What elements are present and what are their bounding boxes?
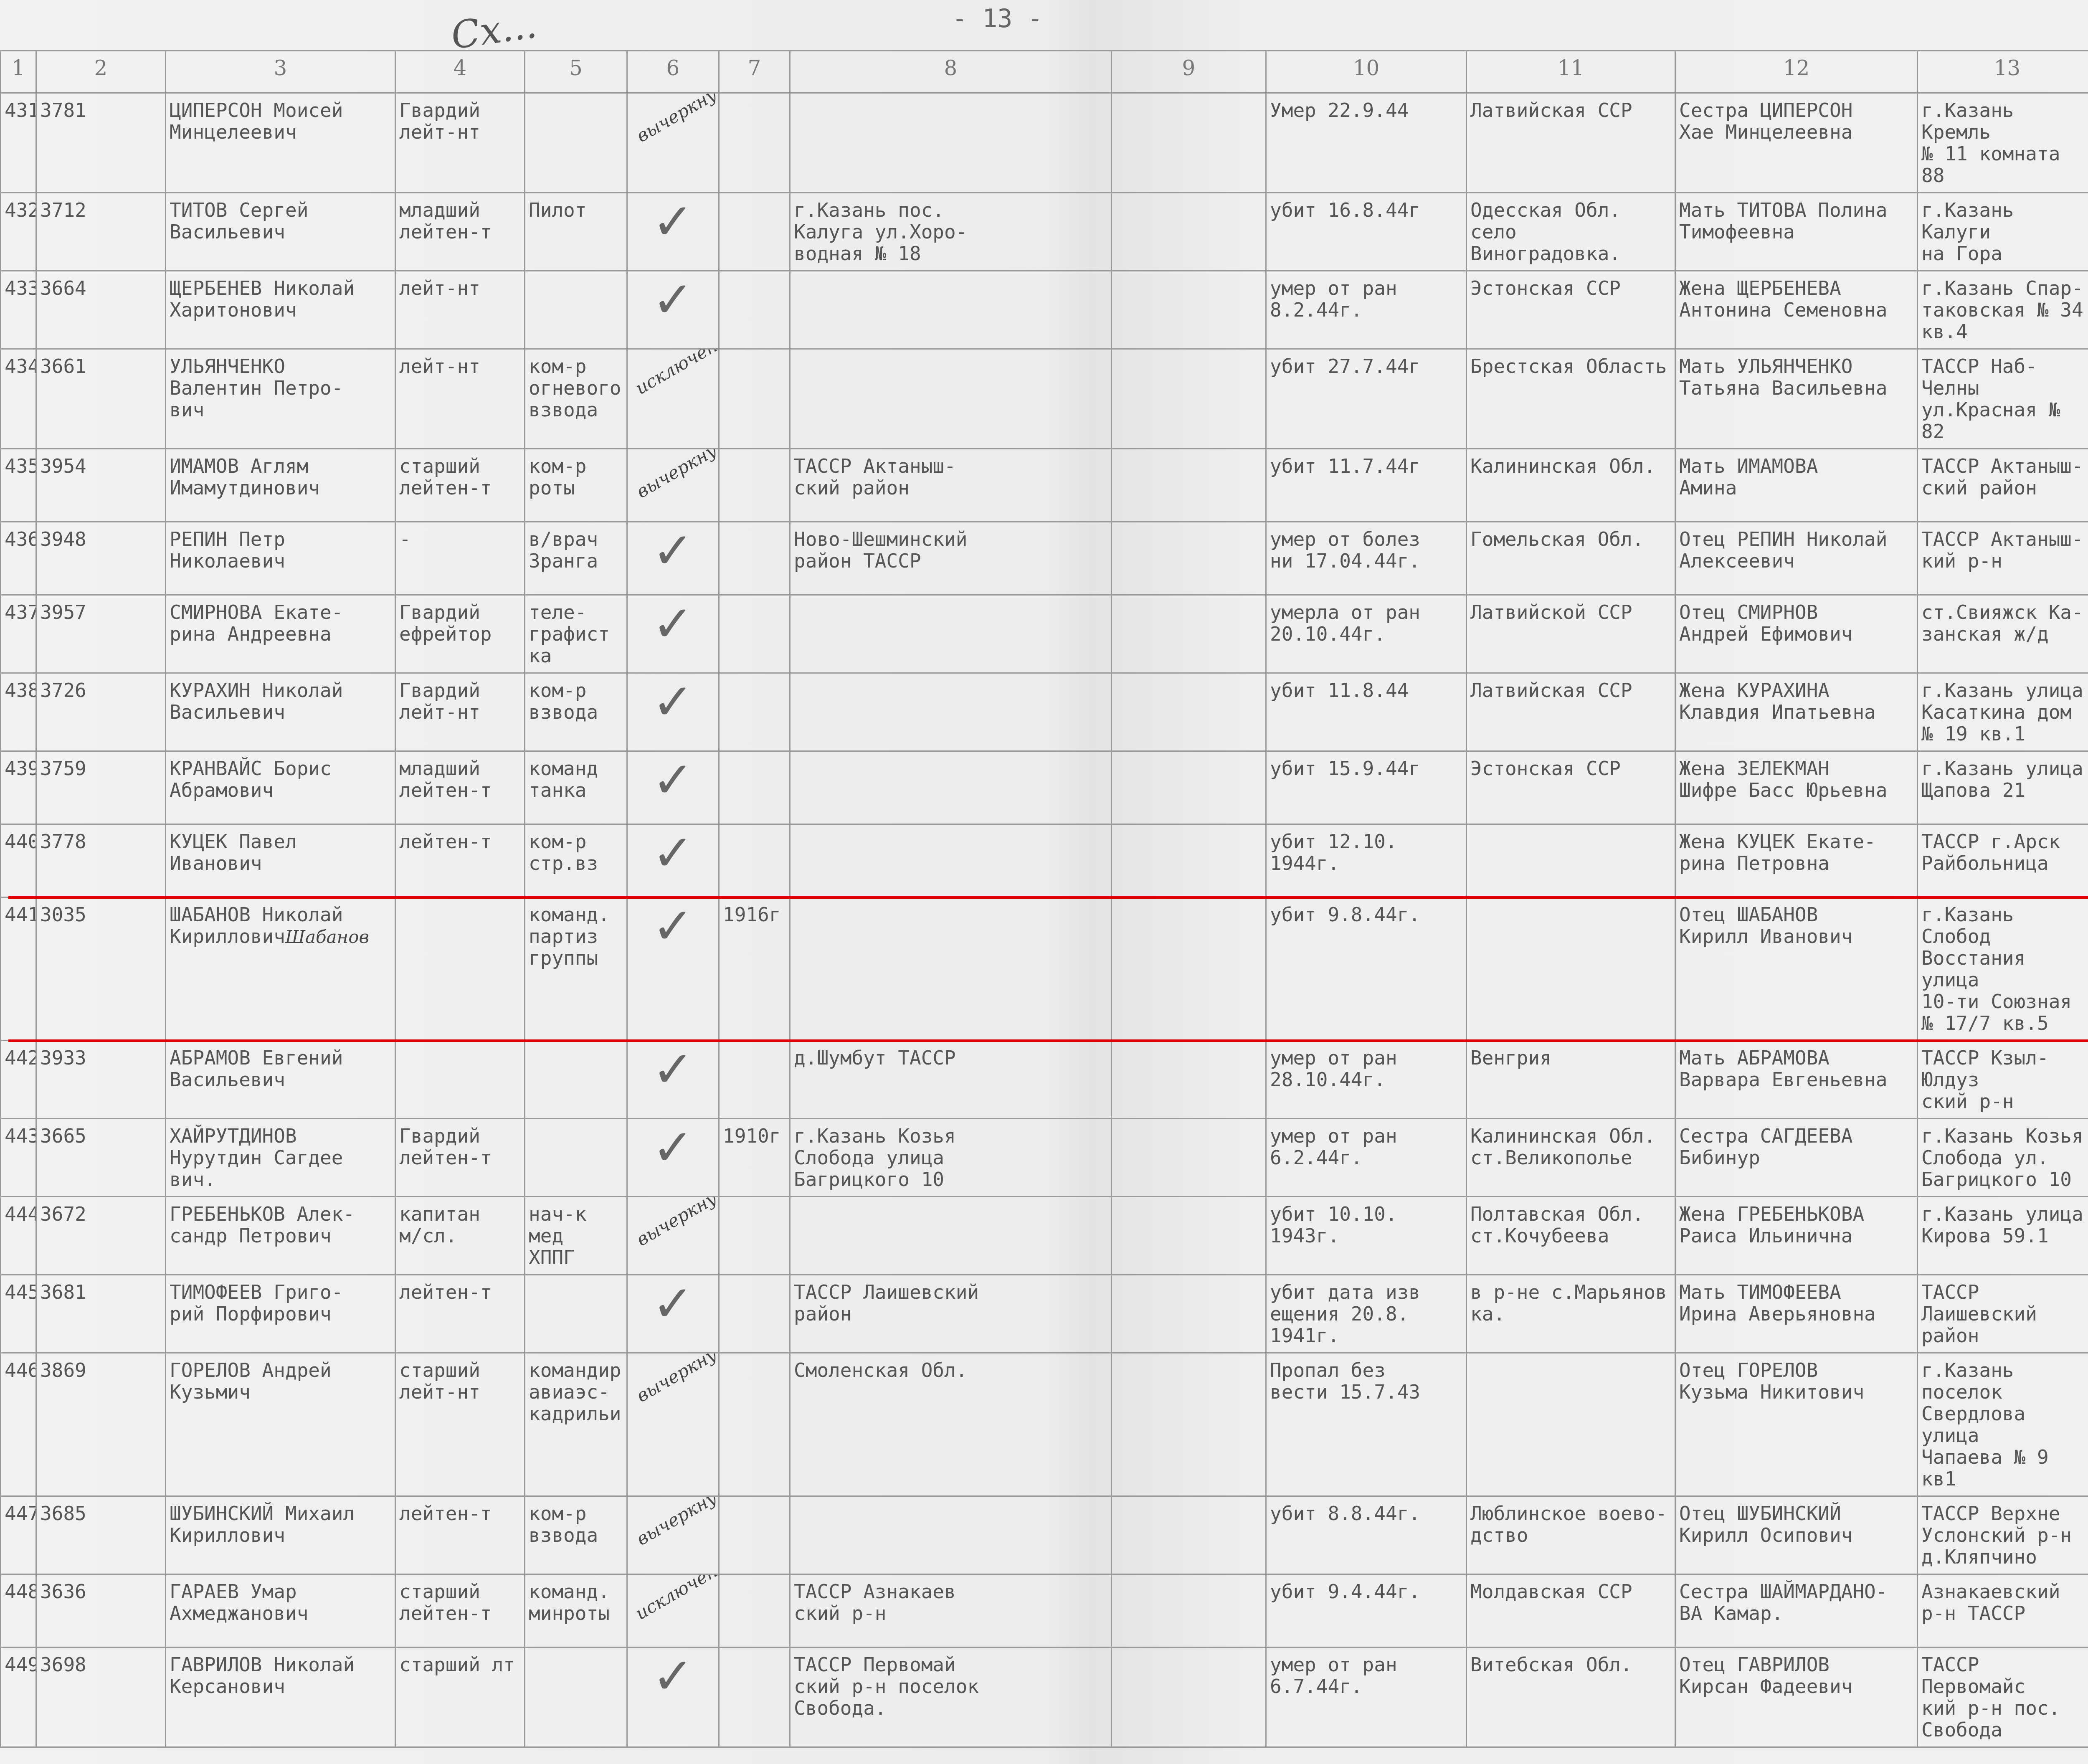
next-of-kin: Жена КУРАХИНА Клавдия Ипатьевна <box>1675 673 1918 751</box>
full-name: ТИТОВ Сергей Васильевич <box>166 193 395 271</box>
record-id: 3778 <box>36 824 166 897</box>
col9 <box>1112 1496 1266 1574</box>
kin-address: г.Казань улица Щапова 21 <box>1918 751 2088 824</box>
column-header-row: 12345678910111213 <box>1 51 2088 93</box>
full-name: ГАРАЕВ Умар Ахмеджанович <box>166 1574 395 1647</box>
home-address <box>790 824 1112 897</box>
record-id: 3698 <box>36 1647 166 1747</box>
kin-address: г.Казань Кремль № 11 комната 88 <box>1918 93 2088 193</box>
kin-address: ТАССР Наб-Челны ул.Красная № 82 <box>1918 349 2088 449</box>
position <box>525 1041 627 1119</box>
burial-place: Эстонская ССР <box>1467 271 1675 349</box>
burial-place: Гомельская Обл. <box>1467 522 1675 595</box>
col9 <box>1112 595 1266 673</box>
rank: младший лейтен-т <box>395 193 525 271</box>
row-number: 432 <box>1 193 36 271</box>
col9 <box>1112 1041 1266 1119</box>
rank: Гвардий лейтен-т <box>395 1119 525 1197</box>
full-name: ИМАМОВ Аглям Имамутдинович <box>166 449 395 522</box>
table-row: 4463869ГОРЕЛОВ Андрей Кузьмичстарший лей… <box>1 1353 2088 1496</box>
position <box>525 1647 627 1747</box>
record-id: 3933 <box>36 1041 166 1119</box>
death-info: убит 11.7.44г <box>1266 449 1467 522</box>
row-number: 435 <box>1 449 36 522</box>
table-row: 4403778КУЦЕК Павел Ивановичлейтен-тком-р… <box>1 824 2088 897</box>
handwritten-note: вычеркнут <box>633 93 719 147</box>
burial-place: Латвийская ССР <box>1467 673 1675 751</box>
col9 <box>1112 824 1266 897</box>
burial-place <box>1467 1353 1675 1496</box>
home-address: ТАССР Азнакаев ский р-н <box>790 1574 1112 1647</box>
row-number: 438 <box>1 673 36 751</box>
row-number: 449 <box>1 1647 36 1747</box>
row-number: 442 <box>1 1041 36 1119</box>
full-name: ТИМОФЕЕВ Григо- рий Порфирович <box>166 1275 395 1353</box>
mark: исключен <box>627 1574 719 1647</box>
column-header-7: 7 <box>719 51 790 93</box>
col9 <box>1112 1647 1266 1747</box>
column-header-3: 3 <box>166 51 395 93</box>
birth-year <box>719 1496 790 1574</box>
record-id: 3759 <box>36 751 166 824</box>
row-number: 448 <box>1 1574 36 1647</box>
next-of-kin: Жена ЗЕЛЕКМАН Шифре Басс Юрьевна <box>1675 751 1918 824</box>
row-number: 444 <box>1 1197 36 1275</box>
death-info: убит 11.8.44 <box>1266 673 1467 751</box>
burial-place: Калининская Обл. <box>1467 449 1675 522</box>
full-name: ЦИПЕРСОН Моисей Минцелеевич <box>166 93 395 193</box>
handwritten-note: вычеркнут <box>633 1353 719 1407</box>
full-name: ХАЙРУТДИНОВ Нурутдин Сагдее вич. <box>166 1119 395 1197</box>
burial-place: Брестская Область <box>1467 349 1675 449</box>
death-info: умер от ран 8.2.44г. <box>1266 271 1467 349</box>
next-of-kin: Мать ТИТОВА Полина Тимофеевна <box>1675 193 1918 271</box>
death-info: Пропал без вести 15.7.43 <box>1266 1353 1467 1496</box>
next-of-kin: Отец РЕПИН Николай Алексеевич <box>1675 522 1918 595</box>
position: ком-р стр.вз <box>525 824 627 897</box>
next-of-kin: Жена ГРЕБЕНЬКОВА Раиса Ильинична <box>1675 1197 1918 1275</box>
col9 <box>1112 1119 1266 1197</box>
death-info: убит 12.10. 1944г. <box>1266 824 1467 897</box>
record-id: 3665 <box>36 1119 166 1197</box>
kin-address: г.Казань Козья Слобода ул. Багрицкого 10 <box>1918 1119 2088 1197</box>
rank: лейтен-т <box>395 1496 525 1574</box>
position: Пилот <box>525 193 627 271</box>
col9 <box>1112 349 1266 449</box>
position: команд. партиз группы <box>525 897 627 1041</box>
column-header-2: 2 <box>36 51 166 93</box>
signature: Шабанов <box>285 926 369 948</box>
row-number: 440 <box>1 824 36 897</box>
row-number: 447 <box>1 1496 36 1574</box>
next-of-kin: Мать ТИМОФЕЕВА Ирина Аверьяновна <box>1675 1275 1918 1353</box>
table-row: 4323712ТИТОВ Сергей Васильевичмладший ле… <box>1 193 2088 271</box>
kin-address: Азнакаевский р-н ТАССР <box>1918 1574 2088 1647</box>
burial-place: Калининская Обл. ст.Великополье <box>1467 1119 1675 1197</box>
row-number: 433 <box>1 271 36 349</box>
birth-year <box>719 1041 790 1119</box>
position: ком-р взвода <box>525 673 627 751</box>
next-of-kin: Мать ИМАМОВА Амина <box>1675 449 1918 522</box>
full-name: КРАНВАЙС Борис Абрамович <box>166 751 395 824</box>
home-address: ТАССР Лаишевский район <box>790 1275 1112 1353</box>
column-header-9: 9 <box>1112 51 1266 93</box>
death-info: умер от ран 28.10.44г. <box>1266 1041 1467 1119</box>
death-info: убит 15.9.44г <box>1266 751 1467 824</box>
home-address <box>790 595 1112 673</box>
death-info: умер от болез ни 17.04.44г. <box>1266 522 1467 595</box>
col9 <box>1112 897 1266 1041</box>
row-number: 431 <box>1 93 36 193</box>
next-of-kin: Сестра ЦИПЕРСОН Хае Минцелеевна <box>1675 93 1918 193</box>
table-row: 4443672ГРЕБЕНЬКОВ Алек- сандр Петровичка… <box>1 1197 2088 1275</box>
next-of-kin: Мать АБРАМОВА Варвара Евгеньевна <box>1675 1041 1918 1119</box>
birth-year <box>719 1197 790 1275</box>
column-header-5: 5 <box>525 51 627 93</box>
next-of-kin: Отец ГОРЕЛОВ Кузьма Никитович <box>1675 1353 1918 1496</box>
birth-year <box>719 751 790 824</box>
rank: старший лт <box>395 1647 525 1747</box>
full-name: ШУБИНСКИЙ Михаил Кириллович <box>166 1496 395 1574</box>
table-row: 4333664ЩЕРБЕНЕВ Николай Харитоновичлейт-… <box>1 271 2088 349</box>
checkmark-icon: ✓ <box>627 1041 719 1119</box>
position <box>525 93 627 193</box>
kin-address: г.Казань улица Кирова 59.1 <box>1918 1197 2088 1275</box>
mark: исключен <box>627 349 719 449</box>
death-info: убит 27.7.44г <box>1266 349 1467 449</box>
home-address <box>790 349 1112 449</box>
position <box>525 1275 627 1353</box>
col9 <box>1112 1197 1266 1275</box>
record-id: 3636 <box>36 1574 166 1647</box>
table-row: 4393759КРАНВАЙС Борис Абрамовичмладший л… <box>1 751 2088 824</box>
column-header-1: 1 <box>1 51 36 93</box>
mark: вычеркнут <box>627 449 719 522</box>
death-info: умерла от ран 20.10.44г. <box>1266 595 1467 673</box>
col9 <box>1112 449 1266 522</box>
col9 <box>1112 673 1266 751</box>
kin-address: г.Казань поселок Свердлова улица Чапаева… <box>1918 1353 2088 1496</box>
position: команд танка <box>525 751 627 824</box>
next-of-kin: Отец ГАВРИЛОВ Кирсан Фадеевич <box>1675 1647 1918 1747</box>
document-page: - 13 - Сх... 12345678910111213 4313781ЦИ… <box>0 0 2088 1764</box>
record-id: 3685 <box>36 1496 166 1574</box>
burial-place <box>1467 824 1675 897</box>
rank: старший лейтен-т <box>395 1574 525 1647</box>
rank: капитан м/сл. <box>395 1197 525 1275</box>
rank: - <box>395 522 525 595</box>
row-number: 437 <box>1 595 36 673</box>
burial-place: Люблинское воево- дство <box>1467 1496 1675 1574</box>
rank: лейтен-т <box>395 1275 525 1353</box>
table-row: 4383726КУРАХИН Николай ВасильевичГвардий… <box>1 673 2088 751</box>
row-number: 441 <box>1 897 36 1041</box>
full-name: КУРАХИН Николай Васильевич <box>166 673 395 751</box>
home-address <box>790 1197 1112 1275</box>
birth-year: 1910г <box>719 1119 790 1197</box>
mark: вычеркнут <box>627 1496 719 1574</box>
full-name: ГРЕБЕНЬКОВ Алек- сандр Петрович <box>166 1197 395 1275</box>
record-id: 3661 <box>36 349 166 449</box>
next-of-kin: Сестра ШАЙМАРДАНО- ВА Камар. <box>1675 1574 1918 1647</box>
full-name: СМИРНОВА Екате- рина Андреевна <box>166 595 395 673</box>
handwritten-mark: Сх... <box>449 3 540 58</box>
checkmark-icon: ✓ <box>627 1647 719 1747</box>
next-of-kin: Мать УЛЬЯНЧЕНКО Татьяна Васильевна <box>1675 349 1918 449</box>
birth-year <box>719 1353 790 1496</box>
home-address <box>790 897 1112 1041</box>
table-row: 4473685ШУБИНСКИЙ Михаил Кирилловичлейтен… <box>1 1496 2088 1574</box>
death-info: убит дата изв ещения 20.8. 1941г. <box>1266 1275 1467 1353</box>
checkmark-icon: ✓ <box>627 522 719 595</box>
table-row: 4433665ХАЙРУТДИНОВ Нурутдин Сагдее вич.Г… <box>1 1119 2088 1197</box>
mark: вычеркнут <box>627 1353 719 1496</box>
home-address <box>790 1496 1112 1574</box>
position: команд. минроты <box>525 1574 627 1647</box>
checkmark-icon: ✓ <box>627 595 719 673</box>
rank: лейт-нт <box>395 349 525 449</box>
birth-year <box>719 1574 790 1647</box>
home-address <box>790 271 1112 349</box>
full-name: ШАБАНОВ Николай КирилловичШабанов <box>166 897 395 1041</box>
birth-year <box>719 93 790 193</box>
full-name: КУЦЕК Павел Иванович <box>166 824 395 897</box>
table-row: 4343661УЛЬЯНЧЕНКО Валентин Петро- вичлей… <box>1 349 2088 449</box>
column-header-13: 13 <box>1918 51 2088 93</box>
birth-year <box>719 449 790 522</box>
records-table: 12345678910111213 4313781ЦИПЕРСОН Моисей… <box>0 50 2088 1748</box>
burial-place <box>1467 897 1675 1041</box>
record-id: 3869 <box>36 1353 166 1496</box>
rank: Гвардий лейт-нт <box>395 93 525 193</box>
col9 <box>1112 271 1266 349</box>
col9 <box>1112 93 1266 193</box>
home-address: Ново-Шешминский район ТАССР <box>790 522 1112 595</box>
full-name: АБРАМОВ Евгений Васильевич <box>166 1041 395 1119</box>
col9 <box>1112 1275 1266 1353</box>
col9 <box>1112 1574 1266 1647</box>
row-number: 434 <box>1 349 36 449</box>
kin-address: г.Казань Слобод Восстания улица 10-ти Со… <box>1918 897 2088 1041</box>
rank: лейт-нт <box>395 271 525 349</box>
col9 <box>1112 193 1266 271</box>
death-info: Умер 22.9.44 <box>1266 93 1467 193</box>
rank <box>395 1041 525 1119</box>
table-row: 4363948РЕПИН Петр Николаевич-в/врач 3ран… <box>1 522 2088 595</box>
home-address: г.Казань Козья Слобода улица Багрицкого … <box>790 1119 1112 1197</box>
birth-year <box>719 522 790 595</box>
record-id: 3948 <box>36 522 166 595</box>
record-id: 3957 <box>36 595 166 673</box>
kin-address: ТАССР Первомайс кий р-н пос. Свобода <box>1918 1647 2088 1747</box>
table-row: 4483636ГАРАЕВ Умар Ахмеджановичстарший л… <box>1 1574 2088 1647</box>
birth-year <box>719 824 790 897</box>
kin-address: г.Казань Калуги на Гора <box>1918 193 2088 271</box>
next-of-kin: Сестра САГДЕЕВА Бибинур <box>1675 1119 1918 1197</box>
burial-place: Латвийская ССР <box>1467 93 1675 193</box>
table-row: 4353954ИМАМОВ Аглям Имамутдиновичстарший… <box>1 449 2088 522</box>
home-address <box>790 673 1112 751</box>
record-id: 3035 <box>36 897 166 1041</box>
position: теле- графист ка <box>525 595 627 673</box>
column-header-12: 12 <box>1675 51 1918 93</box>
row-number: 443 <box>1 1119 36 1197</box>
death-info: умер от ран 6.7.44г. <box>1266 1647 1467 1747</box>
col9 <box>1112 751 1266 824</box>
death-info: умер от ран 6.2.44г. <box>1266 1119 1467 1197</box>
next-of-kin: Жена КУЦЕК Екате- рина Петровна <box>1675 824 1918 897</box>
rank: Гвардий ефрейтор <box>395 595 525 673</box>
highlight-line <box>8 896 2088 899</box>
position: ком-р роты <box>525 449 627 522</box>
kin-address: г.Казань улица Касаткина дом № 19 кв.1 <box>1918 673 2088 751</box>
table-row: 4313781ЦИПЕРСОН Моисей МинцелеевичГварди… <box>1 93 2088 193</box>
home-address: ТАССР Актаныш- ский район <box>790 449 1112 522</box>
handwritten-note: исключен <box>632 1574 719 1625</box>
rank <box>395 897 525 1041</box>
record-id: 3672 <box>36 1197 166 1275</box>
checkmark-icon: ✓ <box>627 1119 719 1197</box>
birth-year <box>719 193 790 271</box>
kin-address: ТАССР Актаныш- ский район <box>1918 449 2088 522</box>
home-address: ТАССР Первомай ский р-н поселок Свобода. <box>790 1647 1112 1747</box>
death-info: убит 9.4.44г. <box>1266 1574 1467 1647</box>
table-row: 4423933АБРАМОВ Евгений Васильевич✓д.Шумб… <box>1 1041 2088 1119</box>
mark: вычеркнут <box>627 93 719 193</box>
handwritten-note: вычеркнут <box>633 1496 719 1550</box>
table-row: 4493698ГАВРИЛОВ Николай Керсановичстарши… <box>1 1647 2088 1747</box>
home-address <box>790 751 1112 824</box>
position <box>525 1119 627 1197</box>
checkmark-icon: ✓ <box>627 271 719 349</box>
record-id: 3726 <box>36 673 166 751</box>
home-address: г.Казань пос. Калуга ул.Хоро- водная № 1… <box>790 193 1112 271</box>
kin-address: ТАССР г.Арск Райбольница <box>1918 824 2088 897</box>
record-id: 3681 <box>36 1275 166 1353</box>
burial-place: Латвийской ССР <box>1467 595 1675 673</box>
record-id: 3664 <box>36 271 166 349</box>
home-address: д.Шумбут ТАССР <box>790 1041 1112 1119</box>
death-info: убит 10.10. 1943г. <box>1266 1197 1467 1275</box>
next-of-kin: Отец СМИРНОВ Андрей Ефимович <box>1675 595 1918 673</box>
birth-year: 1916г <box>719 897 790 1041</box>
position: нач-к мед ХППГ <box>525 1197 627 1275</box>
rank: Гвардий лейт-нт <box>395 673 525 751</box>
rank: младший лейтен-т <box>395 751 525 824</box>
kin-address: ст.Свияжск Ка- занская ж/д <box>1918 595 2088 673</box>
column-header-10: 10 <box>1266 51 1467 93</box>
next-of-kin: Отец ШАБАНОВ Кирилл Иванович <box>1675 897 1918 1041</box>
mark: вычеркнут <box>627 1197 719 1275</box>
column-header-11: 11 <box>1467 51 1675 93</box>
column-header-6: 6 <box>627 51 719 93</box>
birth-year <box>719 349 790 449</box>
full-name: ГОРЕЛОВ Андрей Кузьмич <box>166 1353 395 1496</box>
row-number: 436 <box>1 522 36 595</box>
page-number: - 13 - <box>952 4 1043 33</box>
position: ком-р огневого взвода <box>525 349 627 449</box>
rank: лейтен-т <box>395 824 525 897</box>
burial-place: в р-не с.Марьянов ка. <box>1467 1275 1675 1353</box>
col9 <box>1112 1353 1266 1496</box>
burial-place: Витебская Обл. <box>1467 1647 1675 1747</box>
birth-year <box>719 1275 790 1353</box>
burial-place: Полтавская Обл. ст.Кочубеева <box>1467 1197 1675 1275</box>
record-id: 3954 <box>36 449 166 522</box>
checkmark-icon: ✓ <box>627 897 719 1041</box>
burial-place: Венгрия <box>1467 1041 1675 1119</box>
kin-address: ТАССР Верхне Услонский р-н д.Кляпчино <box>1918 1496 2088 1574</box>
checkmark-icon: ✓ <box>627 824 719 897</box>
full-name: РЕПИН Петр Николаевич <box>166 522 395 595</box>
home-address: Смоленская Обл. <box>790 1353 1112 1496</box>
rank: старший лейтен-т <box>395 449 525 522</box>
death-info: убит 8.8.44г. <box>1266 1496 1467 1574</box>
position: ком-р взвода <box>525 1496 627 1574</box>
handwritten-note: вычеркнут <box>633 1197 719 1251</box>
checkmark-icon: ✓ <box>627 193 719 271</box>
full-name: УЛЬЯНЧЕНКО Валентин Петро- вич <box>166 349 395 449</box>
kin-address: ТАССР Кзыл-Юлдуз ский р-н <box>1918 1041 2088 1119</box>
home-address <box>790 93 1112 193</box>
table-row: 4373957СМИРНОВА Екате- рина АндреевнаГва… <box>1 595 2088 673</box>
next-of-kin: Жена ЩЕРБЕНЕВА Антонина Семеновна <box>1675 271 1918 349</box>
row-number: 445 <box>1 1275 36 1353</box>
birth-year <box>719 1647 790 1747</box>
kin-address: ТАССР Лаишевский район <box>1918 1275 2088 1353</box>
birth-year <box>719 271 790 349</box>
full-name: ГАВРИЛОВ Николай Керсанович <box>166 1647 395 1747</box>
record-id: 3781 <box>36 93 166 193</box>
record-id: 3712 <box>36 193 166 271</box>
burial-place: Эстонская ССР <box>1467 751 1675 824</box>
position <box>525 271 627 349</box>
kin-address: ТАССР Актаныш- кий р-н <box>1918 522 2088 595</box>
death-info: убит 16.8.44г <box>1266 193 1467 271</box>
birth-year <box>719 595 790 673</box>
row-number: 446 <box>1 1353 36 1496</box>
handwritten-note: вычеркнут <box>633 449 719 503</box>
death-info: убит 9.8.44г. <box>1266 897 1467 1041</box>
column-header-8: 8 <box>790 51 1112 93</box>
birth-year <box>719 673 790 751</box>
table-row: 4413035ШАБАНОВ Николай КирилловичШабанов… <box>1 897 2088 1041</box>
checkmark-icon: ✓ <box>627 673 719 751</box>
checkmark-icon: ✓ <box>627 751 719 824</box>
burial-place: Одесская Обл. село Виноградовка. <box>1467 193 1675 271</box>
handwritten-note: исключен <box>632 349 719 400</box>
rank: старший лейт-нт <box>395 1353 525 1496</box>
position: в/врач 3ранга <box>525 522 627 595</box>
full-name: ЩЕРБЕНЕВ Николай Харитонович <box>166 271 395 349</box>
column-header-4: 4 <box>395 51 525 93</box>
next-of-kin: Отец ШУБИНСКИЙ Кирилл Осипович <box>1675 1496 1918 1574</box>
checkmark-icon: ✓ <box>627 1275 719 1353</box>
col9 <box>1112 522 1266 595</box>
position: командир авиаэс- кадрильи <box>525 1353 627 1496</box>
burial-place: Молдавская ССР <box>1467 1574 1675 1647</box>
row-number: 439 <box>1 751 36 824</box>
kin-address: г.Казань Спар- таковская № 34 кв.4 <box>1918 271 2088 349</box>
table-row: 4453681ТИМОФЕЕВ Григо- рий Порфировичлей… <box>1 1275 2088 1353</box>
highlight-line <box>8 1039 2088 1042</box>
